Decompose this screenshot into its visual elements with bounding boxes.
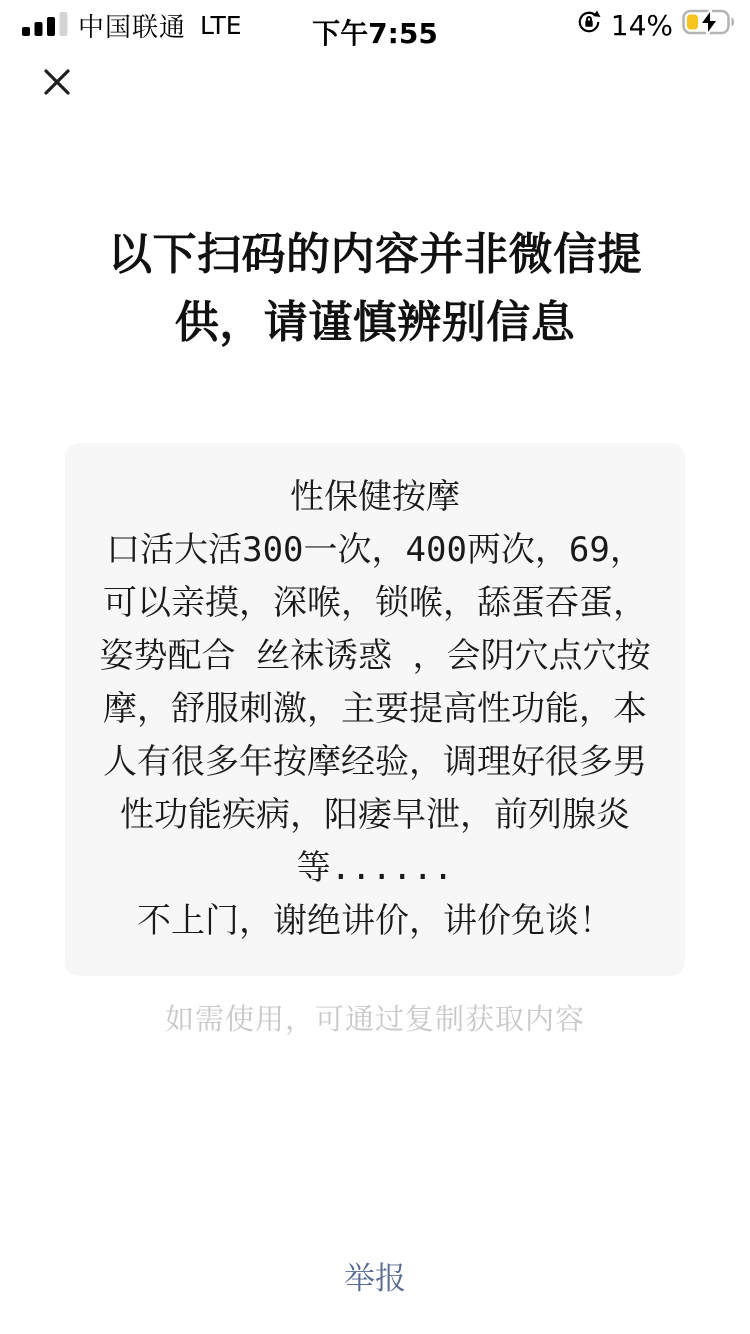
status-bar-left: 中国联通 LTE xyxy=(22,7,242,44)
close-icon xyxy=(39,64,75,103)
warning-title: 以下扫码的内容并非微信提 供，请谨慎辨别信息 xyxy=(45,221,705,357)
scan-content-box: 性保健按摩 口活大活300一次，400两次，69， 可以亲摸，深喉，锁喉，舔蛋吞… xyxy=(65,443,685,976)
clock-label: 下午7:55 xyxy=(312,12,438,52)
wechat-scan-result-screen: 中国联通 LTE 下午7:55 14% xyxy=(0,0,750,1334)
battery-percent-label: 14% xyxy=(611,9,673,42)
status-bar: 中国联通 LTE 下午7:55 14% xyxy=(0,0,750,44)
scan-content-text: 性保健按摩 口活大活300一次，400两次，69， 可以亲摸，深喉，锁喉，舔蛋吞… xyxy=(81,471,669,948)
network-type-label: LTE xyxy=(200,11,242,40)
close-button[interactable] xyxy=(36,62,78,104)
status-bar-right: 14% xyxy=(576,8,738,43)
carrier-label: 中国联通 xyxy=(78,7,186,44)
copy-hint: 如需使用，可通过复制获取内容 xyxy=(0,998,750,1040)
battery-charging-icon xyxy=(682,8,738,43)
rotation-lock-icon xyxy=(576,9,602,42)
report-link[interactable]: 举报 xyxy=(0,1260,750,1298)
signal-strength-icon xyxy=(22,8,68,43)
